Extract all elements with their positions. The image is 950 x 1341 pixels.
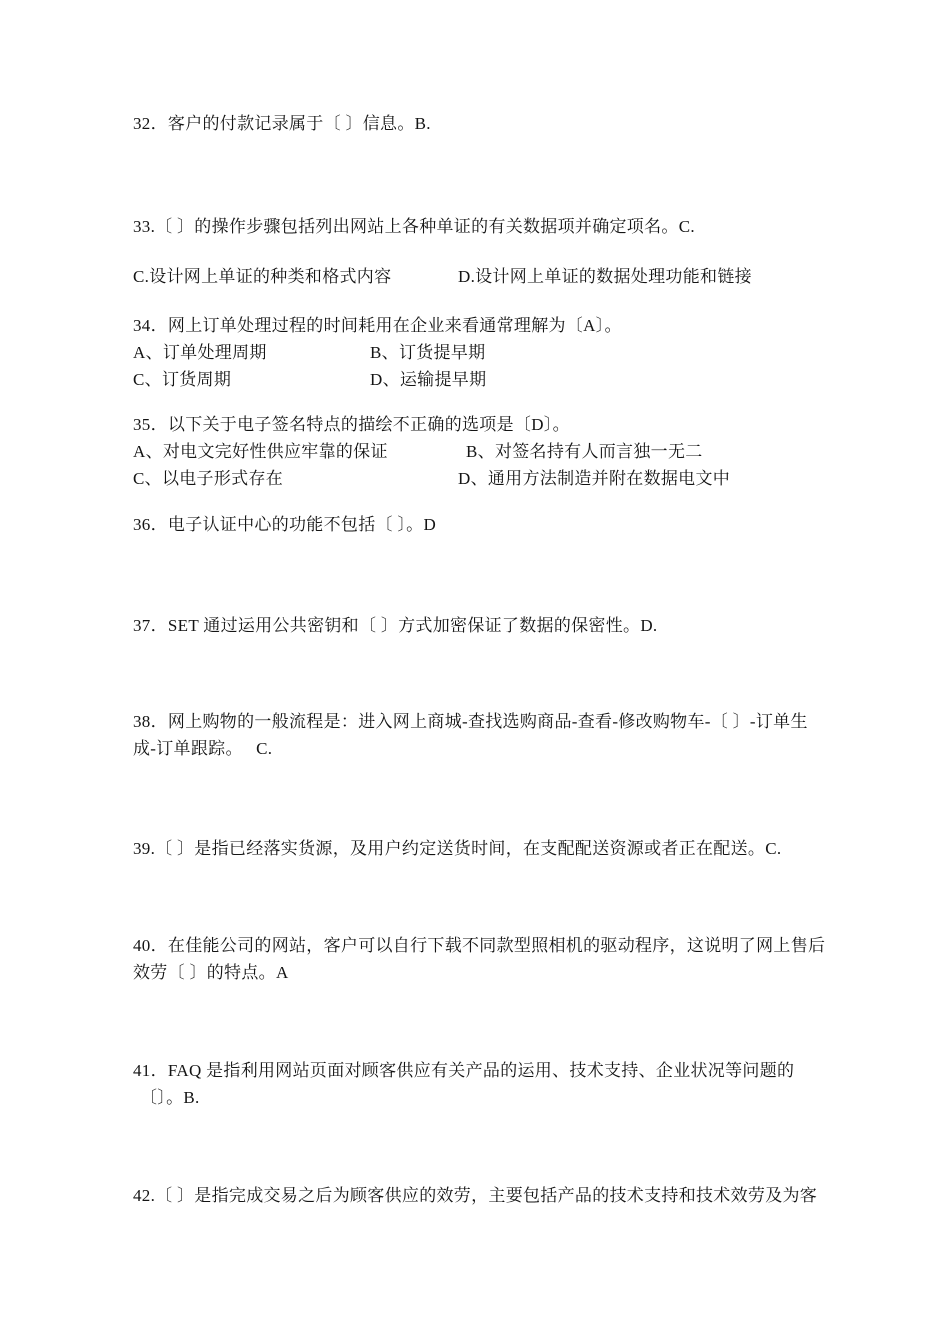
question-34-options-row-cd: C、订货周期 D、运输提早期 <box>0 366 950 393</box>
question-35-option-a: A、对电文完好性供应牢靠的保证 <box>133 438 388 465</box>
question-33-option-c: C.设计网上单证的种类和格式内容 <box>133 263 391 290</box>
question-35-text: 35．以下关于电子签名特点的描绘不正确的选项是〔D〕。 <box>133 411 840 438</box>
question-33-option-d: D.设计网上单证的数据处理功能和链接 <box>458 263 752 290</box>
question-34-option-a: A、订单处理周期 <box>133 339 267 366</box>
question-41-text-line2: 〔〕。B. <box>140 1084 840 1111</box>
question-35-options-row-ab: A、对电文完好性供应牢靠的保证 B、对签名持有人而言独一无二 <box>0 438 950 465</box>
question-36-text: 36．电子认证中心的功能不包括〔 〕。D <box>133 511 840 538</box>
question-42-text: 42.〔 〕是指完成交易之后为顾客供应的效劳，主要包括产品的技术支持和技术效劳及… <box>133 1182 840 1209</box>
question-34-option-d: D、运输提早期 <box>370 366 486 393</box>
question-35-option-b: B、对签名持有人而言独一无二 <box>466 438 703 465</box>
question-35-options-row-cd: C、以电子形式存在 D、通用方法制造并附在数据电文中 <box>0 465 950 492</box>
document-page: 32．客户的付款记录属于〔 〕信息。B. 33.〔 〕的操作步骤包括列出网站上各… <box>0 0 950 1341</box>
question-32-text: 32．客户的付款记录属于〔 〕信息。B. <box>133 110 840 137</box>
question-34-options-row-ab: A、订单处理周期 B、订货提早期 <box>0 339 950 366</box>
question-35-option-c: C、以电子形式存在 <box>133 465 283 492</box>
question-33-text: 33.〔 〕的操作步骤包括列出网站上各种单证的有关数据项并确定项名。C. <box>133 213 840 240</box>
question-38-text-line2: 成-订单跟踪。 C. <box>133 735 840 762</box>
question-34-option-c: C、订货周期 <box>133 366 231 393</box>
question-37-text: 37．SET 通过运用公共密钥和〔 〕方式加密保证了数据的保密性。D. <box>133 612 840 639</box>
question-34-option-b: B、订货提早期 <box>370 339 485 366</box>
question-38-text-line1: 38．网上购物的一般流程是：进入网上商城-查找选购商品-查看-修改购物车-〔 〕… <box>133 708 840 735</box>
question-35-option-d: D、通用方法制造并附在数据电文中 <box>458 465 730 492</box>
question-41-text-line1: 41．FAQ 是指利用网站页面对顾客供应有关产品的运用、技术支持、企业状况等问题… <box>133 1057 840 1084</box>
question-39-text: 39.〔 〕是指已经落实货源，及用户约定送货时间，在支配配送资源或者正在配送。C… <box>133 835 840 862</box>
question-34-text: 34．网上订单处理过程的时间耗用在企业来看通常理解为〔A〕。 <box>133 312 840 339</box>
question-40-text-line2: 效劳〔 〕的特点。A <box>133 959 840 986</box>
question-33-options-row: C.设计网上单证的种类和格式内容 D.设计网上单证的数据处理功能和链接 <box>0 263 950 290</box>
question-40-text-line1: 40．在佳能公司的网站，客户可以自行下载不同款型照相机的驱动程序，这说明了网上售… <box>133 932 840 959</box>
